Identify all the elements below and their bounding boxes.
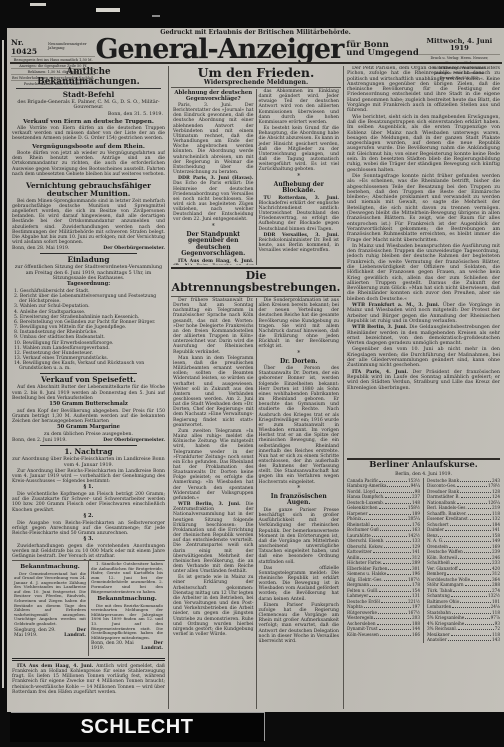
paragraph: 1. Sämtliche Gutsbesitzer haben die Anba… [91, 562, 163, 594]
notice-heading: Einladung [12, 256, 165, 264]
signature-row: Bonn, den 28. Mai 1919.Der Oberbürgermei… [12, 246, 165, 251]
paragraph: Der frühere Staatsanwalt Dr. Dorten hat … [173, 298, 254, 355]
paragraph: Man kann in dem Telegramm lesen, daß die… [173, 356, 254, 428]
paragraph: Die ganze Pariser Presse beschäftigt sic… [259, 508, 340, 565]
peace-section-heading: Um den Frieden. [171, 66, 341, 79]
center-label: § 1. [12, 485, 165, 491]
middle-section: Um den Frieden. Widersprechende Meldunge… [168, 66, 344, 709]
center-label: § 2. [12, 514, 165, 520]
centered-note: zur öffentlichen Sitzung der Stadtverord… [12, 265, 165, 281]
dateline-right: Bonn, den 31. 5. 1919. [14, 112, 163, 117]
dateline: WTB Berlin, 3. Juni. [178, 502, 241, 507]
paragraph: ITA Paris, 4. Juni. Der Präsident der fr… [347, 370, 500, 391]
security-name: Anatolier [427, 637, 447, 643]
issue-row: Nr. 10425 Neunundzwanzigster Jahrgang [11, 38, 95, 56]
paragraph: Die Ausgabe von Reichs-Fleischkarten an … [12, 521, 165, 536]
notice-pair: Bekanntmachung.Der Gemeindevorstand hat … [12, 560, 165, 656]
centered-note: zur Anordnung über Reichs-Fleischkarten … [12, 457, 165, 468]
quotes-column: Deutsche Bank243Disconto-Ges.178½Dresdne… [423, 478, 500, 643]
signature-label: Der Landrat. [63, 628, 86, 638]
article-subheading: Aufhebung der Blockade. [259, 182, 340, 195]
paragraph: Die Sonderproklamation ist aus allen Kre… [259, 298, 340, 350]
paragraph: Der Gemeindevorstand hat die auf Grund d… [14, 572, 86, 627]
article-subheading: Dr. Dorten. [259, 359, 340, 366]
leader-dots [447, 572, 491, 575]
leader-dots [465, 622, 493, 625]
quotes-column: Canada Pacific153½Hamburg-Amerika94¼Nord… [347, 478, 420, 643]
date-label: Bonn, den 30. Mai 1919. [91, 641, 135, 651]
separation-column-right: Die Sonderproklamation ist aus allen Kre… [256, 298, 342, 709]
leader-dots [376, 490, 414, 493]
leader-dots [362, 517, 407, 520]
quote-value: 166 [412, 632, 420, 638]
notice-heading: Verkauf von Speisefett. [12, 376, 165, 384]
leader-dots [457, 484, 487, 487]
paragraph: In Mainz und Wiesbaden beanspruchten die… [347, 244, 500, 302]
issue-number: Nr. 10425 [11, 38, 46, 56]
center-label: Tagesordnung: [12, 282, 165, 288]
paragraph: WTB Frankfurt a. M., 3. Juni. Über die V… [347, 303, 500, 324]
paragraph: Es besteht kein Grund für die Behauptung… [259, 126, 340, 172]
newspaper-page: Gedruckt mit Erlaubnis der Britischen Mi… [7, 28, 504, 712]
dateline: DDR Paris, 3. Juni (Havas). [178, 176, 254, 181]
scan-speck [96, 8, 120, 12]
leader-dots [379, 479, 407, 482]
paragraph: TU Rotterdam, 3. Juni. Blockadefrei erkl… [259, 196, 340, 232]
newspaper-scan: Gedruckt mit Erlaubnis der Britischen Mi… [0, 0, 504, 747]
notice-subheading: Verkauf von Eiern an deutsche Truppen. [12, 119, 165, 126]
paragraph: Einem Pariser Funkspruch zufolge hat die… [259, 603, 340, 644]
quote-value: 143 [492, 637, 500, 643]
stock-quotes-dateline: Berlin, den 4. Juni 1919. [347, 472, 500, 477]
notice-subheading: Bekanntmachung. [14, 564, 86, 571]
article-headline: Ablehnung der deutschen Gegenvorschläge? [173, 90, 254, 102]
peace-columns: Ablehnung der deutschen Gegenvorschläge?… [171, 87, 341, 265]
agenda-item: 14. Bewilligung des Kaufs, Verkauf und R… [12, 361, 165, 371]
notice-heading: Stadt-Befehl [12, 91, 165, 99]
leader-dots [461, 495, 491, 498]
paragraph: WTB Berlin, 3. Juni. Die Zentrumsfraktio… [173, 502, 254, 574]
paragraph: Paris, 3. Juni. Der Berichterstatter des… [173, 103, 254, 175]
signature-row: Bonn, den 2. Juni 1919.Der Oberbürgermei… [12, 438, 165, 443]
leader-dots [385, 495, 411, 498]
newspaper-title: General-Anzeiger [95, 38, 343, 61]
leader-dots [459, 567, 491, 570]
leader-dots [386, 539, 411, 542]
leader-dots [385, 501, 411, 504]
imprint-line: Druck u. Verlag: Herm. Neusser, [419, 56, 500, 61]
dateline: WTB Berlin, 3. Juni. [352, 324, 407, 330]
article-separator: * [259, 174, 340, 180]
paragraph: auf den Kopf der Bevölkerung abgegeben. … [12, 409, 165, 424]
paragraph: Bei dem Minen-Sprengkommando sind in let… [12, 199, 165, 245]
paragraph: ITA Aus dem Haag, 4. Juni. Amtlich wird … [12, 664, 165, 695]
notice-pair-left: Bekanntmachung.Der Gemeindevorstand hat … [12, 561, 88, 656]
center-label: 150 Gramm Butterschmalz [12, 402, 165, 408]
leader-dots [444, 539, 491, 542]
quote-row: Köln-Neuessen166 [347, 632, 420, 638]
leader-dots [460, 479, 491, 482]
leader-dots [378, 611, 407, 614]
paragraph: Boote dürfen von jetzt ab wieder zu Verg… [12, 151, 165, 177]
separation-columns: Der frühere Staatsanwalt Dr. Dorten hat … [171, 296, 341, 709]
leader-dots [452, 611, 491, 614]
leader-dots [370, 583, 411, 586]
leader-dots [364, 605, 411, 608]
paragraph: Wie berichtet, sieht sich in den maßgebe… [347, 115, 500, 173]
paragraph: Es ist gerade wie in Mainz zu einer Erkl… [173, 575, 254, 637]
article-separator: * [259, 351, 340, 357]
column-area: Amtliche Bekanntmachungen.Stadt-Befehlde… [10, 62, 502, 709]
stock-quotes-heading: Berliner Anlaufskurse. [347, 461, 500, 471]
section-rule [40, 373, 137, 374]
paragraph: Die mit dem Bezirks-Kommando vereinbarte… [91, 604, 163, 641]
paragraph: Zum zweiten Telegramm »In Mainz alles ru… [173, 429, 254, 501]
separation-heading: Die Abtrennungsbestrebungen. [171, 270, 341, 294]
article-separator: * [173, 224, 254, 230]
paragraph: DDR Paris, 3. Juni (Havas). Das Echo de … [173, 176, 254, 222]
center-label: § 3. [12, 537, 165, 543]
leader-dots [438, 534, 491, 537]
leader-dots [448, 638, 491, 641]
paragraph: Das offizielle Sonntagstelegramm meldet:… [259, 566, 340, 602]
paragraph: Die wöchentliche Kopfmenge an Fleisch be… [12, 492, 165, 513]
stock-quotes-section: Berliner Anlaufskurse. Berlin, den 4. Ju… [347, 458, 500, 709]
leader-dots [371, 523, 411, 526]
leader-dots [471, 578, 491, 581]
signature-row: Bonn, den 30. Mai 1919.Der Landrat. [91, 641, 163, 651]
leader-dots [379, 589, 411, 592]
section-heading: Amtliche Bekanntmachungen. [16, 67, 161, 89]
signature-label: Der Oberbürgermeister. [103, 246, 165, 251]
leader-dots [388, 567, 411, 570]
leader-dots [369, 512, 412, 515]
leader-dots [381, 600, 407, 603]
separation-column-left: Der frühere Staatsanwalt Dr. Dorten hat … [171, 298, 256, 709]
leader-dots [449, 545, 491, 548]
security-name: Köln-Neuessen [347, 632, 379, 638]
leader-dots [373, 550, 411, 553]
leader-dots [360, 556, 411, 559]
masthead: Gedruckt mit Erlaubnis der Britischen Mi… [7, 28, 504, 61]
center-label: 50 Gramm Margarine [12, 425, 165, 431]
article-subheading: In französischen Augen. [259, 494, 340, 507]
leader-dots [458, 556, 491, 559]
section-rule [40, 179, 137, 180]
leader-dots [465, 616, 489, 619]
paragraph: ITA Aus dem Haag, 4. Juni. (R. N.) Beim … [173, 259, 254, 265]
article-subheading: Der Standpunkt gegenüber den deutschen G… [173, 232, 254, 258]
peace-column-left: Ablehnung der deutschen Gegenvorschläge?… [171, 89, 256, 265]
leader-dots [451, 561, 491, 564]
leader-dots [458, 627, 494, 630]
section-rule [40, 445, 137, 446]
centered-note: des Brigade-Generals E. Palmer, C. M. G.… [12, 100, 165, 111]
notice-heading: Vernichtung gebrauchsfähiger deutscher M… [12, 182, 165, 198]
leader-dots [468, 512, 491, 515]
leader-dots [379, 627, 412, 630]
bottom-dispatch: ITA Aus dem Haag, 4. Juni. Amtlich wird … [12, 663, 165, 709]
paragraph: Alle Vorräte von Eiern dürfen an die deu… [12, 126, 165, 141]
dateline: ITA Aus dem Haag, 4. Juni. (R. N.) [173, 259, 254, 265]
newspaper-subtitle: für Bonn und Umgegend [346, 41, 419, 58]
official-notices-content: Amtliche Bekanntmachungen.Stadt-Befehlde… [12, 66, 165, 560]
peace-section-subheading: Widersprechende Meldungen. [171, 79, 341, 86]
subtitle-line-2: und Umgegend [346, 49, 419, 58]
stock-quotes-body: Canada Pacific153½Hamburg-Amerika94¼Nord… [347, 478, 500, 643]
paragraph: Über die Person des Staatsanwalts Dr. Do… [259, 366, 340, 485]
paragraph: Der Petit Parisien, dem Organ des früher… [347, 66, 500, 114]
leader-dots [380, 633, 411, 636]
paragraph: Die Sonntagsfrage konnte nicht früher ge… [347, 174, 500, 243]
leader-dots [387, 572, 411, 575]
date-label: Bonn, den 2. Juni 1919. [12, 438, 67, 443]
signature-label: Der Oberbürgermeister. [103, 438, 165, 443]
centered-note: zu dem üblichen Preise ausgegeben. [12, 432, 165, 437]
peace-column-right: das Abkommen im Einklang damit geändert … [256, 89, 342, 265]
notice-heading: 1. Nachtrag [12, 448, 165, 456]
dateline: TU Rotterdam, 3. Juni. [264, 196, 340, 201]
publisher-info-line: Bezugspreis frei ins Haus monatlich 1,50… [11, 56, 95, 62]
newspaper-title-block: General-Anzeiger für Bonn und Umgegend [95, 38, 418, 61]
separation-section-header: Die Abtrennungsbestrebungen. [171, 267, 341, 294]
dateline: WTB Frankfurt a. M., 3. Juni. [352, 302, 439, 308]
signature-row: Siegburg, den 29. Mai 1919.Der Landrat. [14, 628, 86, 638]
paragraph: Auf den Abschnitt Butter der Lebensmitte… [12, 385, 165, 400]
paragraph: Gegenüber den vom 10. Juni ab nicht mehr… [347, 347, 500, 368]
paragraph: DDR Versailles, 3. Juni. Reichskolonialm… [259, 233, 340, 254]
issue-date: Mittwoch, 4. Juni 1919 [419, 38, 500, 55]
leader-dots [374, 616, 411, 619]
double-rule [12, 658, 165, 661]
leader-dots [452, 605, 489, 608]
leader-dots [384, 578, 407, 581]
volume-label: Neunundzwanzigster Jahrgang [48, 42, 96, 50]
agenda-item: 2. Bericht über die Lebensmittelversorgu… [12, 294, 165, 304]
leader-dots [379, 506, 407, 509]
lead-article-content: Der Petit Parisien, dem Organ des früher… [347, 66, 500, 456]
date-label: Bonn, den 28. Mai 1919. [12, 246, 69, 251]
dateline: ITA Aus dem Haag, 4. Juni. [17, 664, 93, 669]
leader-dots [465, 583, 491, 586]
scan-speck [152, 15, 160, 17]
article-separator: * [259, 486, 340, 492]
scan-edge-line [2, 40, 4, 688]
leader-dots [470, 517, 491, 520]
leader-dots [468, 506, 491, 509]
quote-row: Anatolier143 [427, 637, 500, 643]
leader-dots [464, 550, 491, 553]
leader-dots [387, 484, 409, 487]
notice-subheading: Bekanntmachung. [91, 596, 163, 603]
notice-pair-right: 1. Sämtliche Gutsbesitzer haben die Anba… [88, 561, 165, 656]
leader-dots [445, 528, 491, 531]
leader-dots [383, 561, 411, 564]
leader-dots [453, 589, 491, 592]
archive-stamp-banner: SCHLECHT AUSGEDRUCKT [10, 713, 264, 742]
section-rule [40, 253, 137, 254]
paragraph: Zuwiderhandlungen gegen die vorstehenden… [12, 544, 165, 559]
paragraph: WTB Berlin, 3. Juni. Die Geldausgleichsb… [347, 325, 500, 346]
leader-dots [450, 523, 491, 526]
leader-dots [377, 622, 411, 625]
dateline: ITA Paris, 4. Juni. [352, 369, 408, 375]
lead-article-column: Der Petit Parisien, dem Organ des früher… [344, 66, 502, 709]
agenda-list: 1. Geschäftsübersicht der Stadt.2. Beric… [12, 289, 165, 372]
official-notices-column: Amtliche Bekanntmachungen.Stadt-Befehlde… [10, 66, 168, 709]
leader-dots [372, 534, 407, 537]
scan-speck [30, 3, 46, 6]
date-label: Siegburg, den 29. Mai 1919. [14, 628, 60, 638]
notice-subheading: Vergnügungsboote auf dem Rhein. [12, 144, 165, 151]
paragraph: Zur Anordnung über Reichs-Fleischkarten … [12, 469, 165, 484]
stock-quotes-table: Canada Pacific153½Hamburg-Amerika94¼Nord… [347, 478, 500, 643]
leader-dots [460, 490, 491, 493]
dateline: DDR Versailles, 3. Juni. [264, 233, 340, 238]
leader-dots [460, 600, 491, 603]
leader-dots [457, 501, 487, 504]
leader-dots [451, 633, 491, 636]
signature-label: Der Landrat. [138, 641, 163, 651]
leader-dots [451, 594, 487, 597]
leader-dots [369, 594, 411, 597]
leader-dots [380, 528, 411, 531]
leader-dots [384, 545, 411, 548]
paragraph: das Abkommen im Einklang damit geändert … [259, 89, 340, 125]
